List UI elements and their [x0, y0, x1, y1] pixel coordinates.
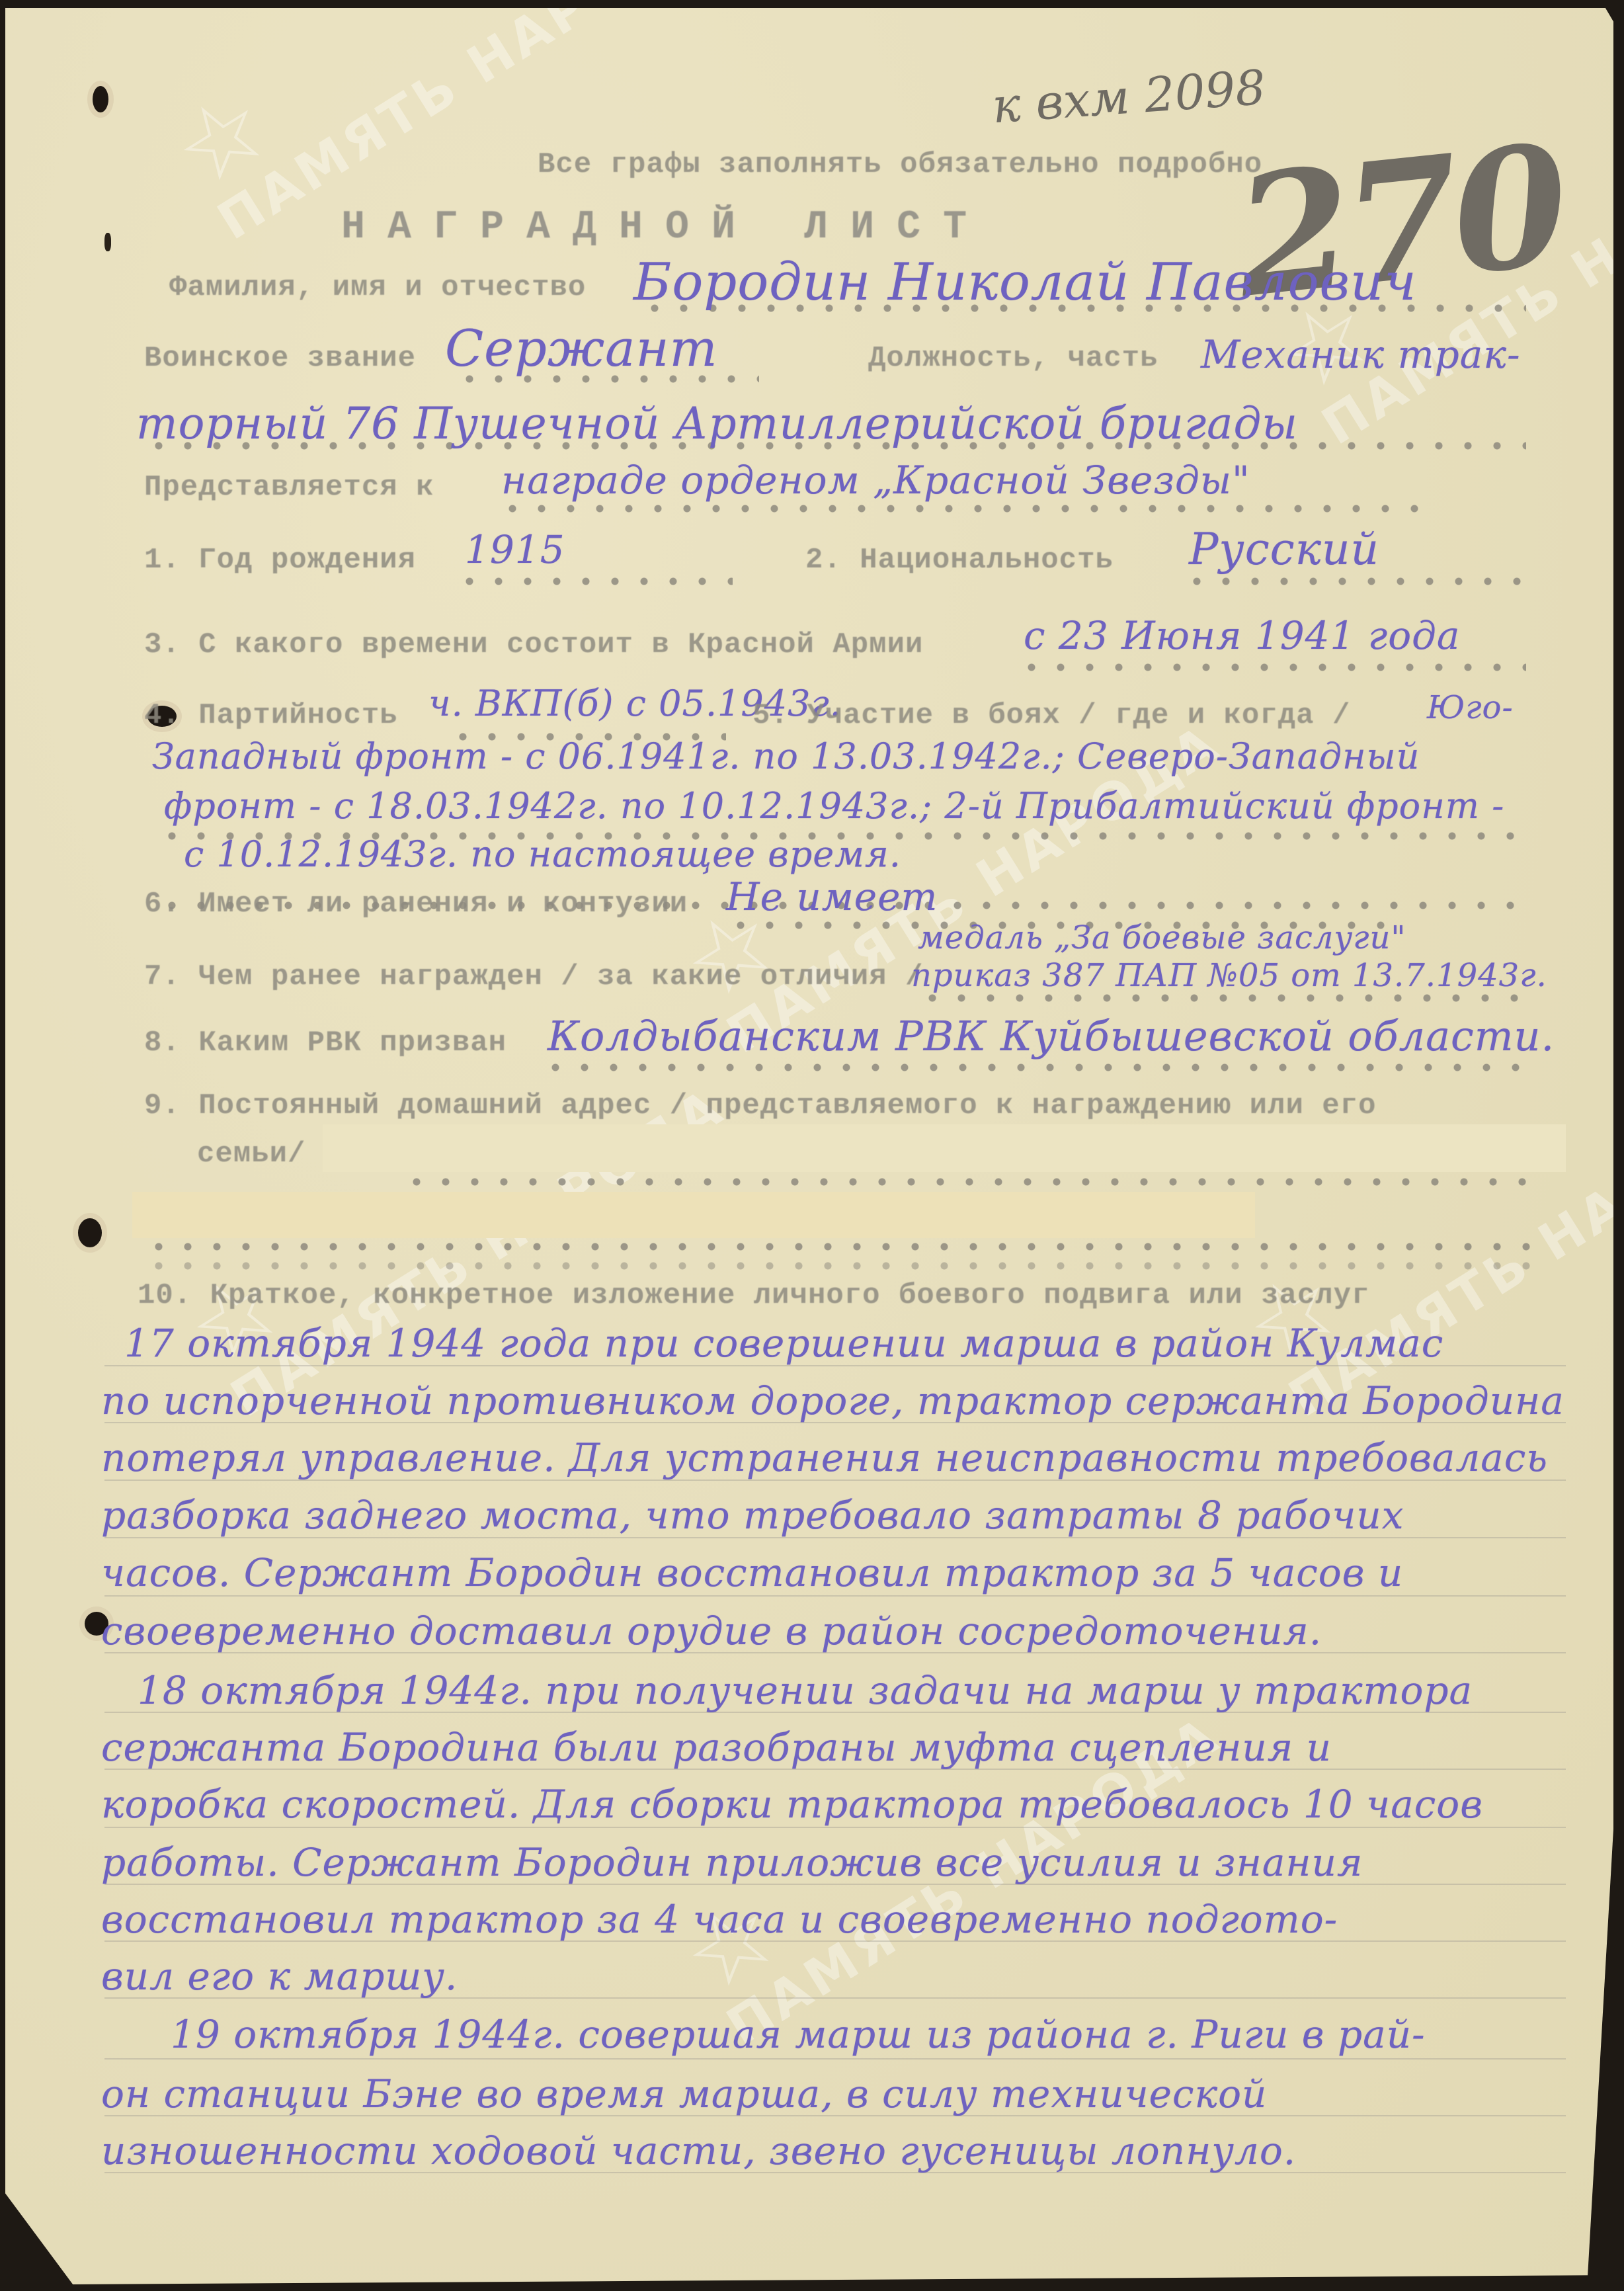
- narrative-line: работы. Сержант Бородин приложив все уси…: [101, 1840, 1363, 1885]
- field-value-prior-awards-line2: приказ 387 ПАП №05 от 13.7.1943г.: [911, 957, 1547, 994]
- field-label-army-since: 3. С какого времени состоит в Красной Ар…: [144, 628, 923, 661]
- fill-dots: [918, 993, 1526, 1003]
- narrative-line: восстановил трактор за 4 часа и своеврем…: [101, 1897, 1338, 1942]
- field-label-name: Фамилия, имя и отчество: [169, 271, 586, 304]
- field-label-rank: Воинское звание: [144, 342, 416, 375]
- field-label-address: 9. Постоянный домашний адрес / представл…: [144, 1089, 1377, 1122]
- field-value-combat: Юго-: [1427, 689, 1514, 726]
- fill-dots: [144, 1261, 1533, 1270]
- field-label-nationality: 2. Национальность: [805, 544, 1114, 577]
- field-value-combat-line3: фронт - с 18.03.1942г. по 10.12.1943г.; …: [164, 785, 1504, 827]
- punch-hole: [78, 1218, 102, 1247]
- narrative-line: изношенности ходовой части, звено гусени…: [101, 2128, 1296, 2173]
- narrative-line: 18 октября 1944г. при получении задачи н…: [138, 1668, 1473, 1713]
- narrative-line: своевременно доставил орудие в район сос…: [101, 1608, 1322, 1653]
- narrative-line: по испорченной противником дороге, тракт…: [101, 1378, 1564, 1423]
- narrative-line: разборка заднего моста, что требовало за…: [101, 1493, 1404, 1538]
- field-label-feat: 10. Краткое, конкретное изложение личног…: [138, 1279, 1370, 1312]
- field-value-prior-awards-line1: медаль „За боевые заслуги": [918, 919, 1406, 956]
- field-label-prior-awards: 7. Чем ранее награжден / за какие отличи…: [144, 960, 923, 993]
- field-label-birth-year: 1. Год рождения: [144, 544, 416, 577]
- fill-dots: [402, 1177, 1526, 1187]
- fill-dots: [144, 1242, 1533, 1251]
- punch-hole: [93, 86, 108, 112]
- field-value-rank: Сержант: [445, 319, 718, 378]
- pencil-note: к вхм 2098: [991, 60, 1268, 134]
- narrative-line: 17 октября 1944 года при совершении марш…: [124, 1321, 1443, 1366]
- field-label-position: Должность, часть: [868, 342, 1158, 375]
- ruled-line: [104, 1827, 1566, 1828]
- field-value-nationality: Русский: [1189, 524, 1379, 575]
- paper-speck: [104, 233, 111, 251]
- field-value-combat-line2: Западный фронт - с 06.1941г. по 13.03.19…: [152, 735, 1420, 777]
- document-page: ☆ ПАМЯТЬ НАРОДА ☆ ПАМЯТЬ НАРОДА ☆ ПАМЯТЬ…: [5, 8, 1613, 2284]
- redacted-address: [132, 1192, 1255, 1238]
- field-value-wounds: Не имеет: [726, 874, 938, 919]
- narrative-line: сержанта Бородина были разобраны муфта с…: [101, 1725, 1332, 1770]
- field-label-drafted-by: 8. Каким РВК призван: [144, 1026, 507, 1060]
- ruled-line: [104, 2058, 1566, 2060]
- fill-dots: [455, 577, 733, 586]
- field-label-party: 4. Партийность: [144, 699, 398, 732]
- field-value-birth-year: 1915: [465, 527, 565, 572]
- narrative-line: коробка скоростей. Для сборки трактора т…: [101, 1782, 1483, 1827]
- field-label-address-cont: семьи/: [197, 1138, 305, 1171]
- field-label-combat: 5. Участие в боях / где и когда /: [752, 699, 1350, 732]
- document-title: НАГРАДНОЙ ЛИСТ: [341, 205, 989, 250]
- narrative-line: часов. Сержант Бородин восстановил тракт…: [101, 1550, 1403, 1595]
- fill-dots: [498, 504, 1424, 513]
- fill-dots: [1017, 663, 1526, 672]
- header-instruction: Все графы заполнять обязательно подробно: [538, 148, 1262, 181]
- field-value-position: Механик трак-: [1201, 332, 1521, 377]
- narrative-line: он станции Бэне во время марша, в силу т…: [101, 2071, 1267, 2116]
- narrative-line: 19 октября 1944г. совершая марш из район…: [171, 2012, 1426, 2057]
- field-label-award: Представляется к: [144, 471, 434, 504]
- field-value-drafted-by: Колдыбанским РВК Куйбышевской области.: [548, 1012, 1555, 1060]
- field-value-name: Бородин Николай Павлович: [633, 253, 1417, 312]
- field-value-army-since: с 23 Июня 1941 года: [1024, 613, 1460, 658]
- field-value-position-cont: торный 76 Пушечной Артиллерийской бригад…: [136, 398, 1298, 449]
- field-value-award: награде орденом „Красной Звезды": [501, 458, 1250, 503]
- ruled-line: [104, 1595, 1566, 1597]
- field-label-wounds: 6. Имеет ли ранения и контузии: [144, 888, 688, 921]
- redacted-address: [323, 1124, 1566, 1172]
- narrative-line: потерял управление. Для устранения неисп…: [101, 1435, 1548, 1480]
- fill-dots: [1182, 577, 1526, 586]
- narrative-line: вил его к маршу.: [101, 1954, 458, 1999]
- fill-dots: [541, 1063, 1526, 1072]
- field-value-combat-line4: с 10.12.1943г. по настоящее время.: [184, 833, 901, 875]
